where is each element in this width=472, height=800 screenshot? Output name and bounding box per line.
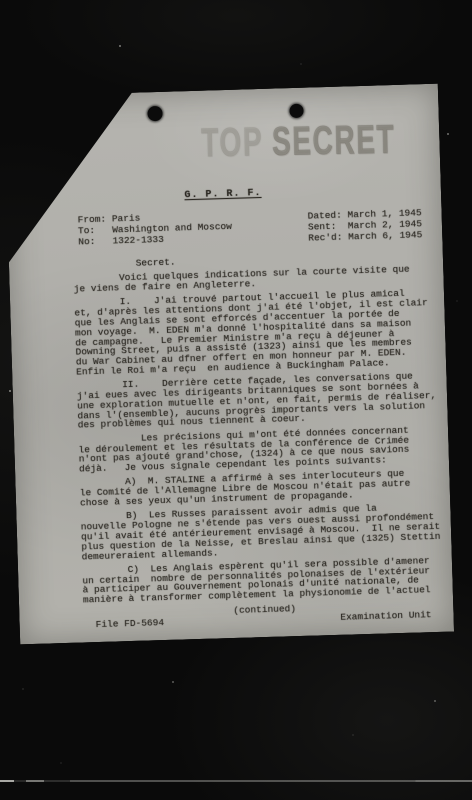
- stamp-word-top: TOP: [201, 118, 263, 165]
- routing-block: From: Paris To: Washington and Moscow No…: [77, 210, 232, 248]
- body-paragraph-3: Les précisions qui m'ont été données con…: [78, 424, 447, 474]
- body-paragraph-2: II. Derrière cette façade, les conversat…: [76, 371, 445, 431]
- photostat-scan: TOP SECRET G. P. R. F. From: Paris To: W…: [0, 0, 472, 800]
- body-text: Secret. Voici quelques indications sur l…: [73, 250, 452, 631]
- document-page: TOP SECRET G. P. R. F. From: Paris To: W…: [4, 84, 454, 645]
- file-number: File FD-5694: [96, 618, 165, 630]
- body-paragraph-c: C) Les Anglais espèrent qu'il sera possi…: [82, 555, 451, 605]
- date-block: Dated: March 1, 1945 Sent: March 2, 1945…: [307, 207, 422, 243]
- body-paragraph-b: B) Les Russes paraissent avoir admis que…: [80, 502, 449, 562]
- punch-hole-right: [289, 104, 303, 118]
- body-paragraph-1: I. J'ai trouvé partout l'accueil le plus…: [74, 288, 444, 377]
- stamp-word-secret: SECRET: [272, 116, 396, 164]
- punch-hole-left: [147, 106, 162, 121]
- stamp-space: [262, 118, 272, 164]
- document-heading: G. P. R. F.: [153, 188, 293, 202]
- top-secret-stamp: TOP SECRET: [201, 119, 396, 163]
- film-scratch-line: [0, 780, 472, 782]
- body-paragraph-a: A) M. STALINE a affirmé à ses interlocut…: [79, 468, 448, 508]
- examination-unit-label: Examination Unit: [340, 610, 431, 622]
